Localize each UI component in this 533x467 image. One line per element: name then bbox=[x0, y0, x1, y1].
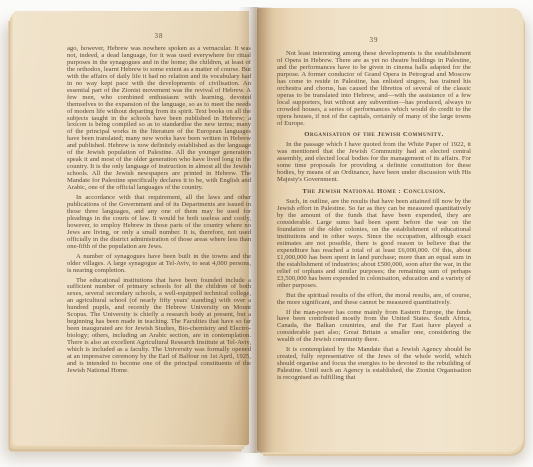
paragraph: Such, in outline, are the results that h… bbox=[277, 199, 471, 289]
page-right: 39 Not least interesting among these dev… bbox=[257, 8, 523, 452]
paragraph: If the man-power has come mainly from Ea… bbox=[277, 310, 471, 345]
paragraph: ago, however, Hebrew was nowhere spoken … bbox=[67, 46, 251, 192]
page-left: 38 ago, however, Hebrew was nowhere spok… bbox=[13, 11, 249, 445]
paragraph: The educational institutions that have b… bbox=[67, 278, 251, 375]
section-heading: Organisation of the Jewish Community. bbox=[277, 131, 471, 138]
page-left-text-column: ago, however, Hebrew was nowhere spoken … bbox=[67, 46, 251, 378]
paragraph: It is contemplated by the Mandate that a… bbox=[277, 347, 471, 382]
open-book: 38 ago, however, Hebrew was nowhere spok… bbox=[0, 0, 533, 467]
section-heading: The Jewish National Home : Conclusion. bbox=[277, 188, 471, 195]
page-right-text-column: Not least interesting among these develo… bbox=[277, 51, 471, 385]
paragraph: In the passage which I have quoted from … bbox=[277, 142, 471, 184]
page-number-left: 38 bbox=[67, 32, 251, 40]
page-number-right: 39 bbox=[277, 36, 471, 44]
paragraph: A number of synagogues have been built i… bbox=[67, 254, 251, 275]
paragraph: In accordance with that requirement, all… bbox=[67, 195, 251, 251]
paragraph: But the spiritual results of the effort,… bbox=[277, 293, 471, 307]
paragraph: Not least interesting among these develo… bbox=[277, 51, 471, 127]
